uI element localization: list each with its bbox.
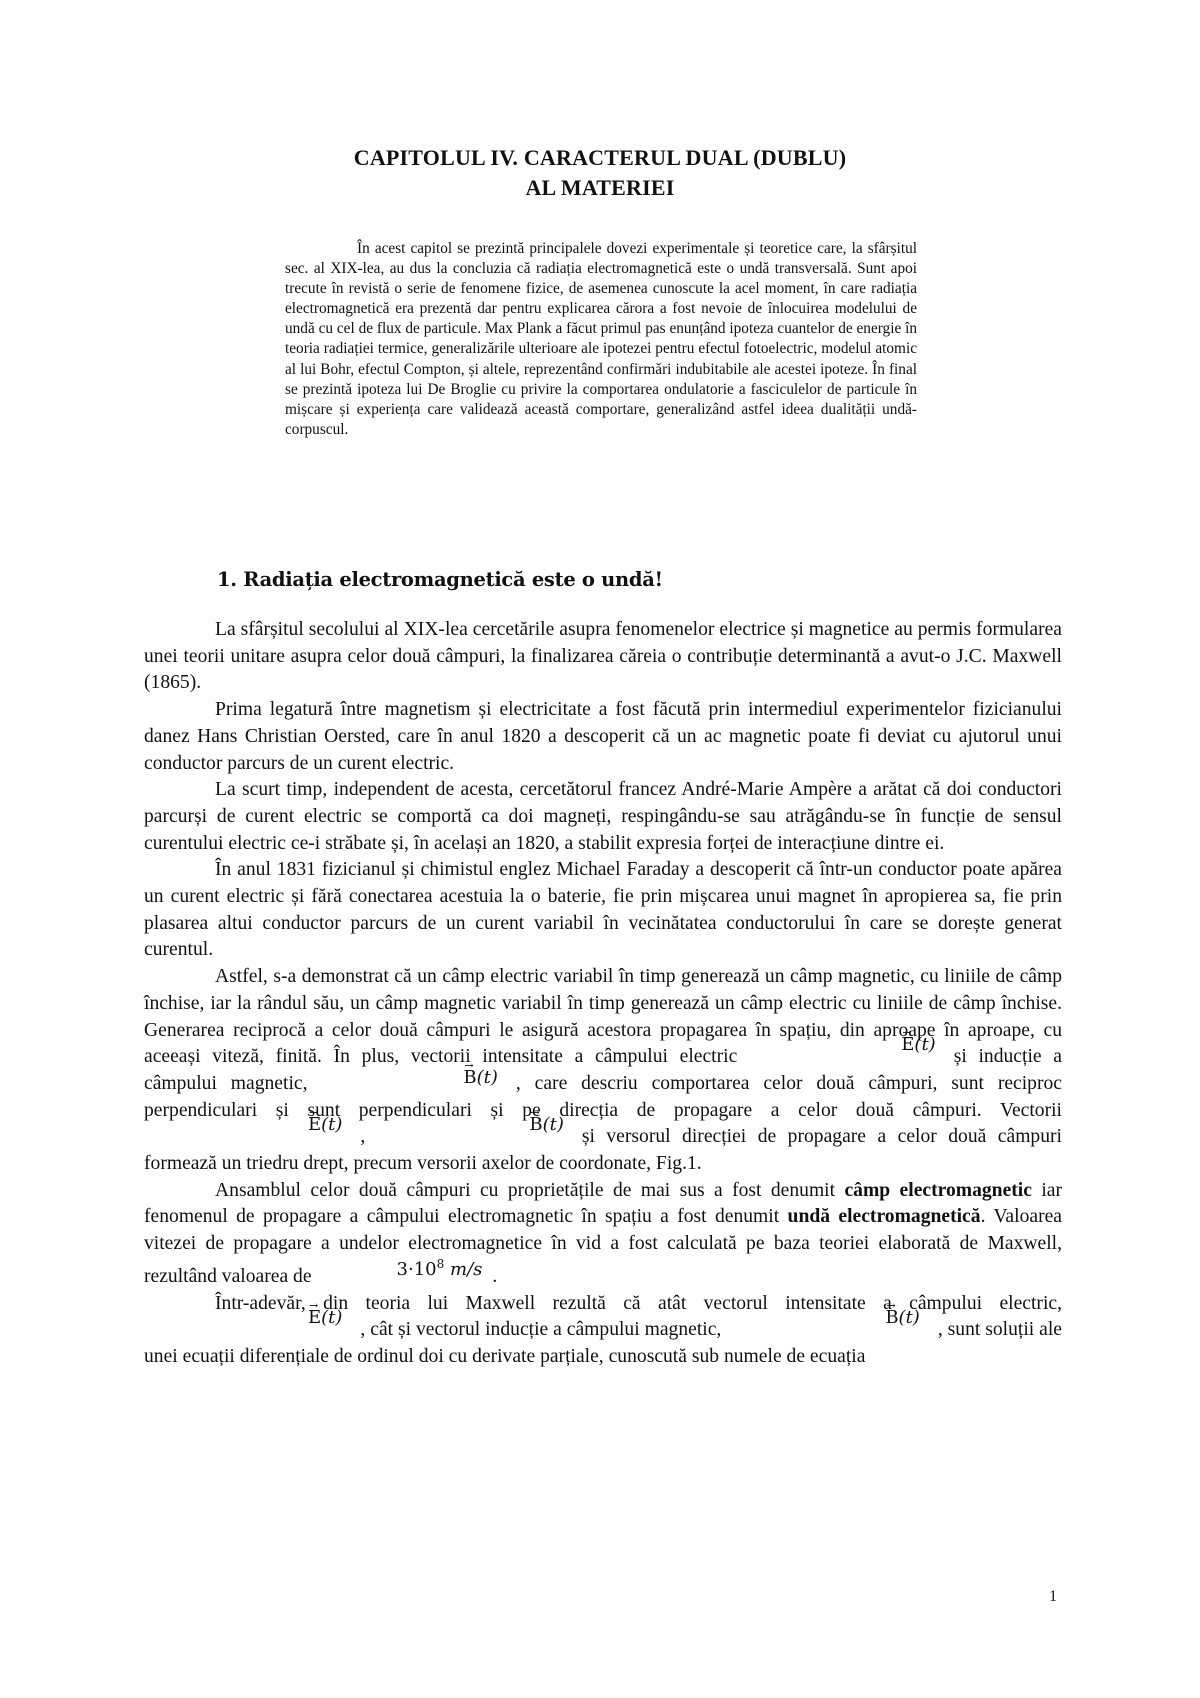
chapter-title: CAPITOLUL IV. CARACTERUL DUAL (DUBLU) AL… xyxy=(150,143,1050,203)
b-vector-symbol: B xyxy=(814,1305,898,1332)
time-arg: (t) xyxy=(914,1034,935,1055)
b-field-formula: B(t) xyxy=(387,1112,564,1139)
time-arg: (t) xyxy=(477,1067,498,1088)
p6-end: . xyxy=(492,1266,497,1287)
time-arg: (t) xyxy=(321,1307,342,1328)
paragraph-3: La scurt timp, independent de acesta, ce… xyxy=(144,777,1062,857)
e-field-formula: E(t) xyxy=(166,1112,342,1139)
time-arg: (t) xyxy=(321,1114,342,1135)
b-vector-symbol: B xyxy=(458,1112,542,1139)
paragraph-2: Prima legatură între magnetism și electr… xyxy=(144,697,1062,777)
chapter-title-line2: AL MATERIEI xyxy=(150,173,1050,203)
term-em-wave: undă electromagnetică xyxy=(788,1206,981,1227)
term-em-field: câmp electromagnetic xyxy=(844,1180,1031,1201)
e-vector-symbol: E xyxy=(830,1032,914,1059)
paragraph-5: Astfel, s-a demonstrat că un câmp electr… xyxy=(144,964,1062,1178)
b-vector-symbol: B xyxy=(392,1065,476,1092)
speed-of-light-formula: 3·108 m/s xyxy=(326,1251,483,1284)
b-field-formula: B(t) xyxy=(743,1305,920,1332)
chapter-abstract: În acest capitol se prezintă principalel… xyxy=(285,239,917,440)
p6-text-a: Ansamblul celor două câmpuri cu propriet… xyxy=(215,1180,835,1201)
speed-exponent: 8 xyxy=(437,1257,445,1271)
section-body: La sfârșitul secolului al XIX-lea cercet… xyxy=(144,617,1062,1371)
paragraph-1: La sfârșitul secolului al XIX-lea cercet… xyxy=(144,617,1062,697)
section-heading: 1. Radiația electromagnetică este o undă… xyxy=(217,568,663,591)
b-field-formula: B(t) xyxy=(321,1065,498,1092)
document-page: CAPITOLUL IV. CARACTERUL DUAL (DUBLU) AL… xyxy=(0,0,1200,1698)
paragraph-6: Ansamblul celor două câmpuri cu propriet… xyxy=(144,1178,1062,1291)
speed-unit: m/s xyxy=(450,1259,482,1280)
page-number: 1 xyxy=(1049,1588,1057,1606)
time-arg: (t) xyxy=(543,1114,564,1135)
p5-text-d: , xyxy=(360,1126,365,1147)
paragraph-7: Într-adevăr, din teoria lui Maxwell rezu… xyxy=(144,1291,1062,1371)
e-vector-symbol: E xyxy=(237,1305,321,1332)
chapter-title-line1: CAPITOLUL IV. CARACTERUL DUAL (DUBLU) xyxy=(150,143,1050,173)
speed-base: 3·10 xyxy=(397,1259,437,1280)
e-field-formula: E(t) xyxy=(759,1032,935,1059)
e-field-formula: E(t) xyxy=(166,1305,342,1332)
abstract-paragraph: În acest capitol se prezintă principalel… xyxy=(285,239,917,440)
paragraph-4: În anul 1831 fizicianul și chimistul eng… xyxy=(144,857,1062,964)
time-arg: (t) xyxy=(899,1307,920,1328)
e-vector-symbol: E xyxy=(237,1112,321,1139)
p7-text-b: , cât și vectorul inducție a câmpului ma… xyxy=(360,1319,721,1340)
